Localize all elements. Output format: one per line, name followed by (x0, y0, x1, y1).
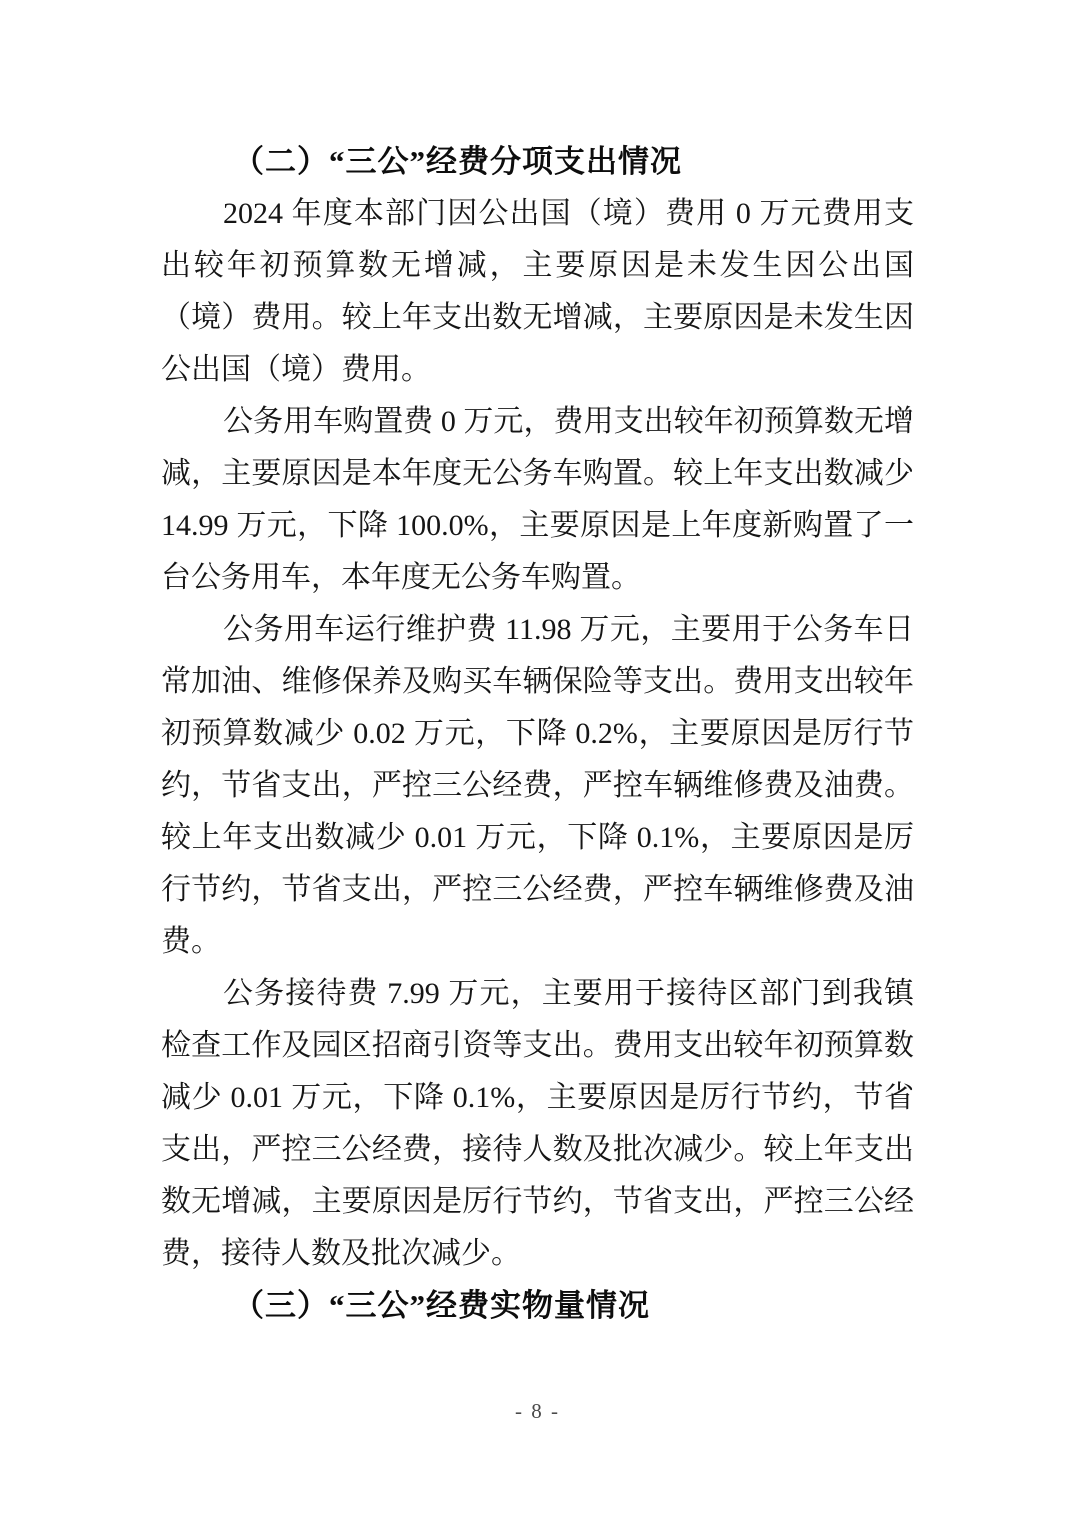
paragraph-official-reception: 公务接待费 7.99 万元，主要用于接待区部门到我镇检查工作及园区招商引资等支出… (161, 968, 914, 1280)
document-content: （二）“三公”经费分项支出情况 2024 年度本部门因公出国（境）费用 0 万元… (161, 136, 914, 1332)
paragraph-abroad-expense: 2024 年度本部门因公出国（境）费用 0 万元费用支出较年初预算数无增减，主要… (161, 188, 914, 396)
heading-section-2-sangong-itemized-expense: （二）“三公”经费分项支出情况 (161, 136, 914, 188)
page-number: - 8 - (0, 1396, 1075, 1426)
heading-section-3-sangong-physical-quantity: （三）“三公”经费实物量情况 (161, 1280, 914, 1332)
paragraph-vehicle-operation-maintenance: 公务用车运行维护费 11.98 万元，主要用于公务车日常加油、维修保养及购买车辆… (161, 604, 914, 968)
paragraph-vehicle-purchase: 公务用车购置费 0 万元，费用支出较年初预算数无增减，主要原因是本年度无公务车购… (161, 396, 914, 604)
document-page: （二）“三公”经费分项支出情况 2024 年度本部门因公出国（境）费用 0 万元… (0, 0, 1075, 1520)
